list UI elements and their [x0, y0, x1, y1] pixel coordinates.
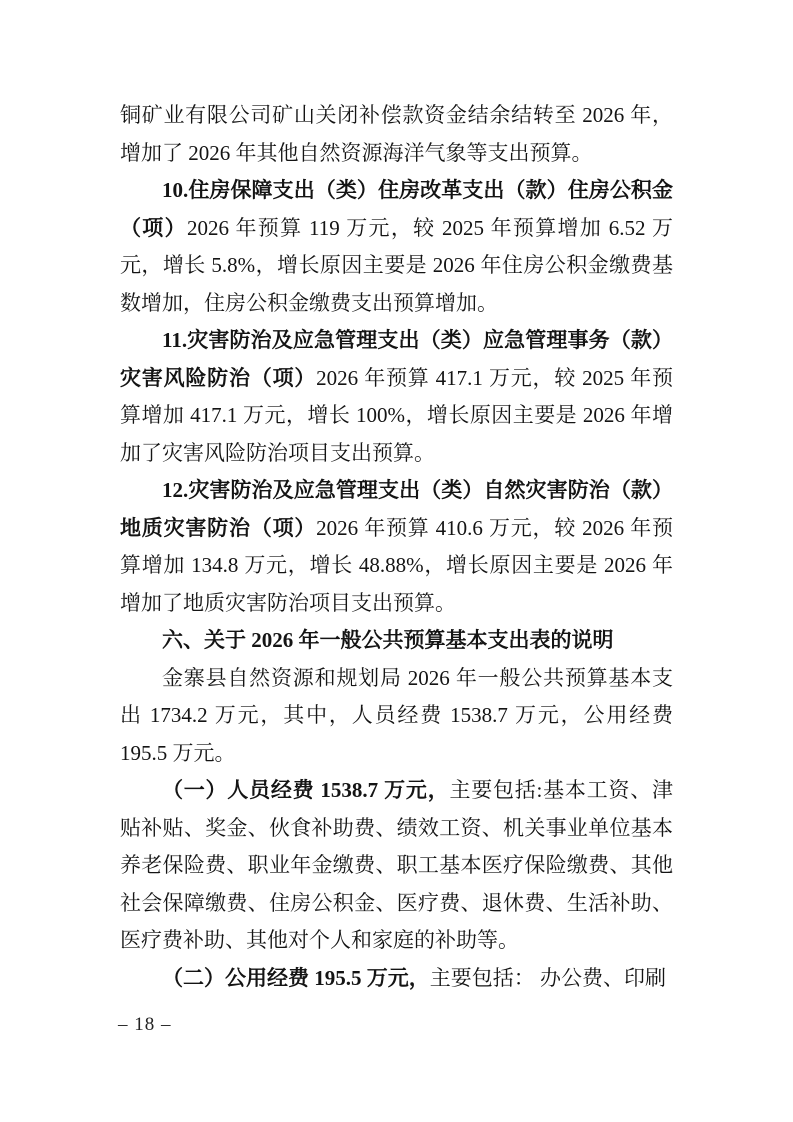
section-6-intro-text: 金寨县自然资源和规划局 2026 年一般公共预算基本支出 1734.2 万元，其… — [120, 666, 673, 765]
paragraph-continuation-text: 铜矿业有限公司矿山关闭补偿款资金结余结转至 2026 年，增加了 2026 年其… — [120, 103, 673, 165]
paragraph-section-6-intro: 金寨县自然资源和规划局 2026 年一般公共预算基本支出 1734.2 万元，其… — [120, 660, 673, 773]
section-6-heading: 六、关于 2026 年一般公共预算基本支出表的说明 — [120, 622, 673, 660]
page-number: – 18 – — [118, 1010, 172, 1040]
item-10-text: 2026 年预算 119 万元，较 2025 年预算增加 6.52 万元，增长 … — [120, 216, 673, 315]
paragraph-public-expense: （二）公用经费 195.5 万元，主要包括： 办公费、印刷 — [120, 960, 673, 998]
paragraph-item-10: 10.住房保障支出（类）住房改革支出（款）住房公积金（项）2026 年预算 11… — [120, 172, 673, 322]
document-page: 铜矿业有限公司矿山关闭补偿款资金结余结转至 2026 年，增加了 2026 年其… — [0, 0, 793, 1122]
personnel-expense-text: 主要包括:基本工资、津贴补贴、奖金、伙食补助费、绩效工资、机关事业单位基本养老保… — [120, 778, 673, 952]
section-6-heading-text: 六、关于 2026 年一般公共预算基本支出表的说明 — [162, 628, 614, 652]
personnel-expense-heading: （一）人员经费 1538.7 万元， — [162, 778, 449, 802]
paragraph-personnel-expense: （一）人员经费 1538.7 万元，主要包括:基本工资、津贴补贴、奖金、伙食补助… — [120, 772, 673, 960]
paragraph-item-12: 12.灾害防治及应急管理支出（类）自然灾害防治（款）地质灾害防治（项）2026 … — [120, 472, 673, 622]
paragraph-item-11: 11.灾害防治及应急管理支出（类）应急管理事务（款）灾害风险防治（项）2026 … — [120, 322, 673, 472]
public-expense-heading: （二）公用经费 195.5 万元， — [162, 966, 430, 990]
document-body: 铜矿业有限公司矿山关闭补偿款资金结余结转至 2026 年，增加了 2026 年其… — [120, 97, 673, 997]
public-expense-text: 主要包括： 办公费、印刷 — [430, 966, 666, 990]
paragraph-continuation: 铜矿业有限公司矿山关闭补偿款资金结余结转至 2026 年，增加了 2026 年其… — [120, 97, 673, 172]
